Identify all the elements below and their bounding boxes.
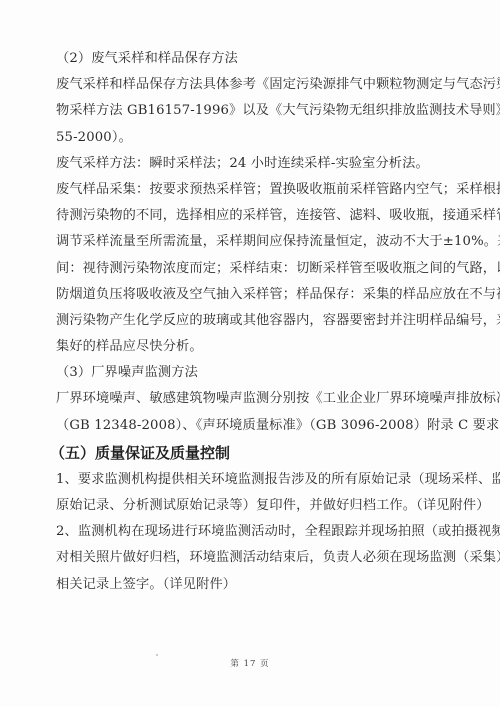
text-line: 原始记录、分析测试原始记录等）复印件，并做好归档工作。（详见附件） <box>56 493 458 519</box>
text-line: 集好的样品应尽快分析。 <box>56 334 458 360</box>
paragraph-waste-gas-sample-collection: 废气样品采集：按要求预热采样管；置换吸收瓶前采样管路内空气；采样根据 待测污染物… <box>56 177 458 360</box>
subheading-boundary-noise-monitoring: （3）厂界噪声监测方法 <box>56 360 458 386</box>
heading-quality-assurance: （五）质量保证及质量控制 <box>50 439 458 467</box>
text-line: 厂界环境噪声、敏感建筑物噪声监测分别按《工业企业厂界环境噪声排放标准》 <box>56 386 458 412</box>
document-page: （2）废气采样和样品保存方法 废气采样和样品保存方法具体参考《固定污染源排气中颗… <box>0 0 500 707</box>
page-content: （2）废气采样和样品保存方法 废气采样和样品保存方法具体参考《固定污染源排气中颗… <box>56 46 458 598</box>
scan-artifact-dot <box>156 654 158 656</box>
page-number: 第 17 页 <box>0 657 500 669</box>
paragraph-qa-item-1: 1、要求监测机构提供相关环境监测报告涉及的所有原始记录（现场采样、监测 原始记录… <box>56 467 458 519</box>
text-line: 废气采样和样品保存方法具体参考《固定污染源排气中颗粒物测定与气态污染 <box>56 72 458 98</box>
text-line: 调节采样流量至所需流量，采样期间应保持流量恒定，波动不大于±10%。采样时 <box>56 229 458 255</box>
paragraph-noise-standards: 厂界环境噪声、敏感建筑物噪声监测分别按《工业企业厂界环境噪声排放标准》 （GB … <box>56 386 458 438</box>
text-line: 间：视待测污染物浓度而定；采样结束：切断采样管至吸收瓶之间的气路，以 <box>56 256 458 282</box>
text-line: 2、监测机构在现场进行环境监测活动时，全程跟踪并现场拍照（或拍摄视频）， <box>56 519 458 545</box>
text-line: 1、要求监测机构提供相关环境监测报告涉及的所有原始记录（现场采样、监测 <box>56 467 458 493</box>
text-line: 防烟道负压将吸收液及空气抽入采样管；样品保存：采集的样品应放在不与被 <box>56 282 458 308</box>
text-line: （GB 12348-2008）、《声环境质量标准》（GB 3096-2008）附… <box>56 413 458 439</box>
text-line: 废气采样方法：瞬时采样法；24 小时连续采样-实验室分析法。 <box>56 151 458 177</box>
text-line: 相关记录上签字。（详见附件） <box>56 572 458 598</box>
subheading-waste-gas-sampling: （2）废气采样和样品保存方法 <box>56 46 458 72</box>
text-line: 对相关照片做好归档，环境监测活动结束后，负责人必须在现场监测（采集） <box>56 545 458 571</box>
text-line: 测污染物产生化学反应的玻璃或其他容器内，容器要密封并注明样品编号，采 <box>56 308 458 334</box>
paragraph-qa-item-2: 2、监测机构在现场进行环境监测活动时，全程跟踪并现场拍照（或拍摄视频）， 对相关… <box>56 519 458 598</box>
text-line: 废气样品采集：按要求预热采样管；置换吸收瓶前采样管路内空气；采样根据 <box>56 177 458 203</box>
paragraph-waste-gas-sampling-method: 废气采样方法：瞬时采样法；24 小时连续采样-实验室分析法。 <box>56 151 458 177</box>
paragraph-waste-gas-references: 废气采样和样品保存方法具体参考《固定污染源排气中颗粒物测定与气态污染 物采样方法… <box>56 72 458 151</box>
text-line: 物采样方法 GB16157-1996》以及《大气污染物无组织排放监测技术导则》（… <box>56 98 458 124</box>
text-line: 待测污染物的不同，选择相应的采样管，连接管、滤料、吸收瓶，接通采样管路， <box>56 203 458 229</box>
text-line: 55-2000）。 <box>56 125 458 151</box>
